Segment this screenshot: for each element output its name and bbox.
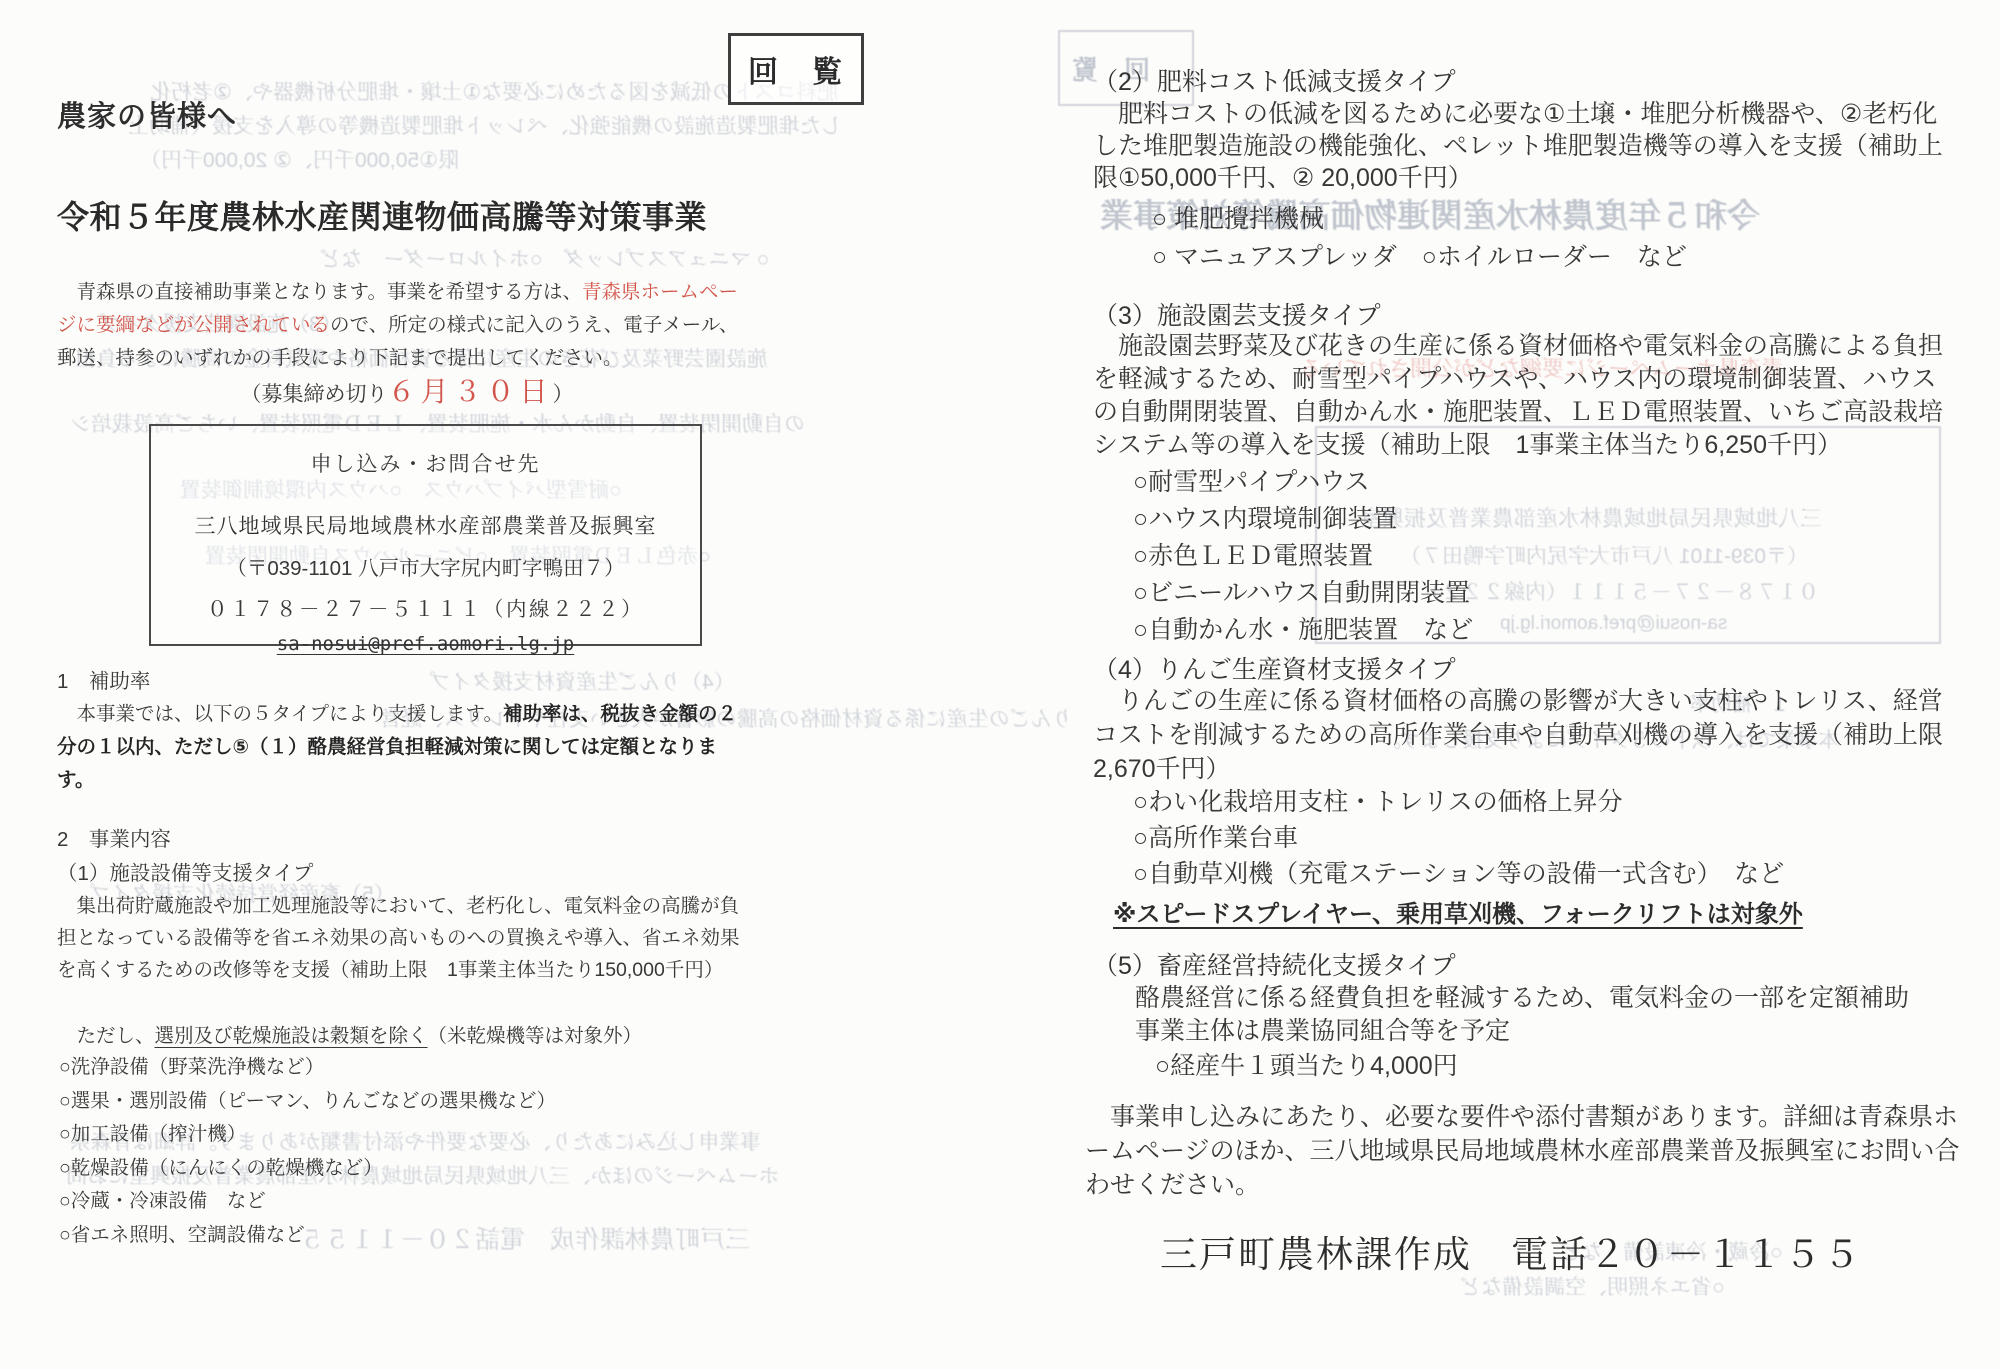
list-item: ○ マニュアスプレッダ ○ホイルローダー など [1152,238,1687,276]
type2-heading: （2）肥料コスト低減支援タイプ [1093,62,1456,98]
list-item: ○加工設備（搾汁機） [59,1118,556,1152]
intro-text: 青森県の直接補助事業となります。事業を希望する方は、 [57,281,582,303]
type5-description: 酪農経営に係る経費負担を軽減するため、電気料金の一部を定額補助 事業主体は農業協… [1135,982,1909,1048]
contact-phone: ０１７８－２７－５１１１（内線２２２） [151,592,700,622]
section2-heading: 2 事業内容 [57,822,171,852]
list-item: ○省エネ照明、空調設備など [59,1219,556,1253]
section1-paragraph: 本事業では、以下の５タイプにより支援します。補助率は、税抜き金額の２分の１以内、… [57,698,747,797]
intro-paragraph: 青森県の直接補助事業となります。事業を希望する方は、青森県ホームページに要綱など… [57,276,747,375]
type2-description: 肥料コストの低減を図るために必要な①土壌・堆肥分析機器や、②老朽化した堆肥製造施… [1093,98,1953,194]
closing-paragraph: 事業申し込みにあたり、必要な要件や添付書類があります。詳細は青森県ホームページの… [1085,1100,1965,1202]
bleedthrough-text: 限①50,000千円、② 20,000千円） [140,144,459,174]
kairan-circulation-stamp: 回 覧 [728,33,864,105]
type5-line: 事業主体は農業協同組合等を予定 [1135,1015,1909,1048]
document-title: 令和５年度農林水産関連物価高騰等対策事業 [57,192,707,238]
application-deadline: （募集締め切り６月３０日） [97,370,717,410]
list-item: ○洗浄設備（野菜洗浄機など） [59,1051,556,1085]
footer-credit: 三戸町農林課作成 電話２０－１１５５ [1160,1224,1862,1278]
type3-description: 施設園芸野菜及び花きの生産に係る資材価格や電気料金の高騰による負担を軽減するため… [1093,330,1953,462]
scanned-flyer-page: 肥料コストの低減を図るために必要な①土壌・堆肥分析機器や、②老朽化した堆肥製造施… [0,0,2000,1369]
contact-address: （〒039-1101 八戸市大字尻内町字鴨田７） [151,551,700,581]
contact-organization: 三八地域県民局地域農林水産部農業普及振興室 [151,510,700,540]
bleedthrough-text: ０１７８－２７－５１１１（内線２２２） [1420,576,1819,606]
list-item: ○冷蔵・冷凍設備 など [59,1185,556,1219]
type1-heading: （1）施設設備等支援タイプ [57,856,313,886]
type1-description: 集出荷貯蔵施設や加工処理施設等において、老朽化し、電気料金の高騰が負担となってい… [57,890,747,986]
type5-line: 酪農経営に係る経費負担を軽減するため、電気料金の一部を定額補助 [1135,982,1909,1015]
list-item: ○耐雪型パイプハウス [1133,464,1473,501]
contact-email: sa-nosui@pref.aomori.lg.jp [151,633,700,655]
section1-heading: 1 補助率 [57,664,150,694]
list-item: ○乾燥設備（にんにくの乾燥機など） [59,1152,556,1186]
list-item: ○ビニールハウス自動開閉装置 [1133,575,1473,612]
type4-heading: （4）りんご生産資材支援タイプ [1093,650,1456,686]
list-item: ○ハウス内環境制御装置 [1133,501,1473,538]
deadline-prefix: （募集締め切り [240,383,387,406]
list-item: ○赤色ＬＥＤ電照装置 [1133,538,1473,575]
type1-note: ただし、選別及び乾燥施設は穀類を除く（米乾燥機等は対象外） [57,1020,642,1048]
type1-item-list: ○洗浄設備（野菜洗浄機など） ○選果・選別設備（ピーマン、りんごなどの選果機など… [59,1051,556,1252]
bleedthrough-text: ○ マニュアスプレッダ ○ホイルローダー など [320,243,769,273]
list-item: ○高所作業台車 [1133,820,1784,856]
bleedthrough-text: sa-nosui@pref.aomori.lg.jp [1500,613,1727,635]
bleedthrough-text: （4）りんご生産資材支援タイプ [430,666,735,696]
contact-box-heading: 申し込み・お問合せ先 [151,448,700,478]
type2-item-list: ○ 堆肥攪拌機械 ○ マニュアスプレッダ ○ホイルローダー など [1152,200,1687,276]
type4-exclusion-note: ※スピードスプレイヤー、乗用草刈機、フォークリフトは対象外 [1113,894,1803,929]
type1-note-prefix: ただし、 [57,1025,155,1047]
greeting-heading: 農家の皆様へ [57,94,237,135]
subsidy-rate-text: 本事業では、以下の５タイプにより支援します。 [57,703,503,725]
list-item: ○自動草刈機（充電ステーション等の設備一式含む） など [1133,856,1784,892]
type4-item-list: ○わい化栽培用支柱・トレリスの価格上昇分 ○高所作業台車 ○自動草刈機（充電ステ… [1133,784,1784,892]
list-item: ○自動かん水・施肥装置 など [1133,612,1473,649]
type5-item: ○経産牛１頭当たり4,000円 [1155,1046,1458,1082]
type4-description: りんごの生産に係る資材価格の高騰の影響が大きい支柱やトレリス、経営コストを削減す… [1093,684,1953,786]
type1-note-suffix: （米乾燥機等は対象外） [428,1025,643,1047]
type1-note-underlined: 選別及び乾燥施設は穀類を除く [155,1025,428,1047]
deadline-suffix: ） [553,383,574,406]
deadline-date: ６月３０日 [387,376,552,407]
type5-heading: （5）畜産経営持続化支援タイプ [1093,946,1456,982]
type3-heading: （3）施設園芸支援タイプ [1093,296,1381,332]
contact-box: 申し込み・お問合せ先 三八地域県民局地域農林水産部農業普及振興室 （〒039-1… [149,424,702,646]
list-item: ○選果・選別設備（ピーマン、りんごなどの選果機など） [59,1085,556,1119]
kairan-stamp-label: 回 覧 [748,47,844,91]
type3-item-list: ○耐雪型パイプハウス ○ハウス内環境制御装置 ○赤色ＬＥＤ電照装置 ○ビニールハ… [1133,464,1473,649]
list-item: ○わい化栽培用支柱・トレリスの価格上昇分 [1133,784,1784,820]
list-item: ○ 堆肥攪拌機械 [1152,200,1687,238]
